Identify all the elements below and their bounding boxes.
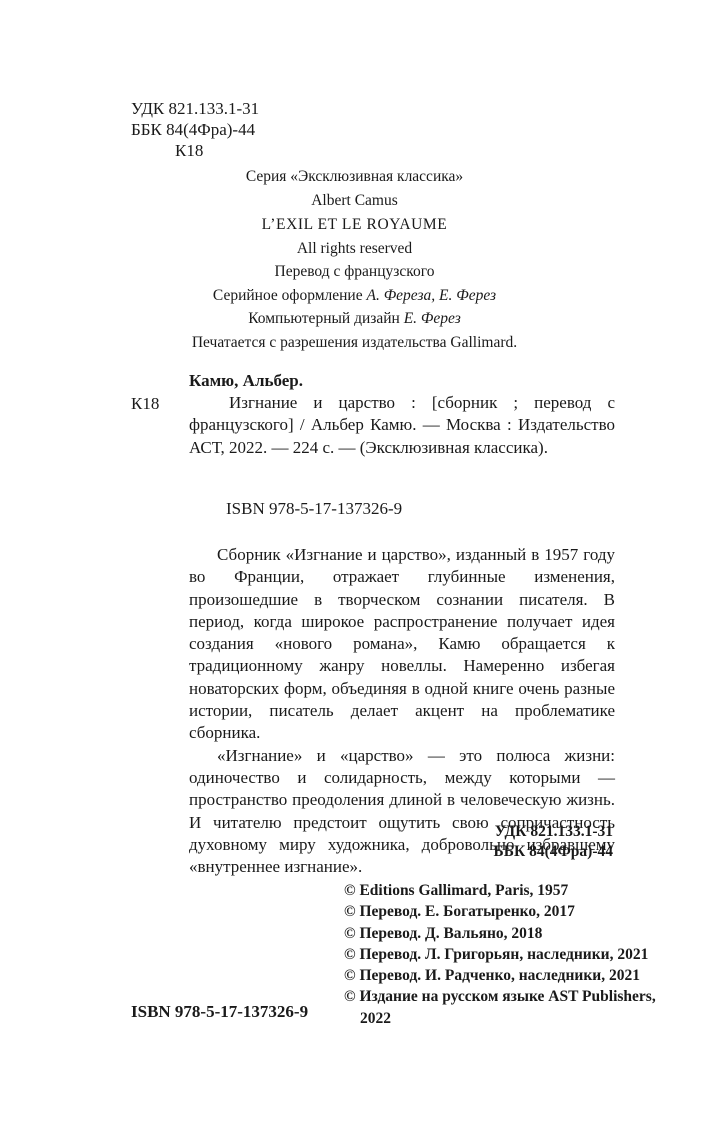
copyright-item: © Перевод. Д. Вальяно, 2018: [344, 923, 656, 944]
series-design-label: Серийное оформление: [213, 287, 367, 304]
copyright-item: © Перевод. И. Радченко, наследники, 2021: [344, 965, 656, 986]
copyright-item: © Перевод. Л. Григорьян, наследники, 202…: [344, 944, 656, 965]
copyright-item: © Перевод. Е. Богатыренко, 2017: [344, 901, 656, 922]
footer-isbn: ISBN 978-5-17-137326-9: [131, 1002, 308, 1022]
series-design-line: Серийное оформление А. Фереза, Е. Ферез: [0, 284, 709, 307]
computer-design-name: Е. Ферез: [404, 310, 461, 327]
bbk-code: ББК 84(4Фра)-44: [131, 120, 255, 140]
author-mark: К18: [175, 141, 203, 161]
author-heading: Камю, Альбер.: [189, 371, 303, 391]
copyright-list: © Editions Gallimard, Paris, 1957 © Пере…: [344, 880, 656, 1029]
computer-design-label: Компьютерный дизайн: [248, 310, 404, 327]
footer-udk: УДК 821.133.1-31: [495, 822, 613, 842]
copyright-item: 2022: [344, 1008, 656, 1029]
copyright-item: © Editions Gallimard, Paris, 1957: [344, 880, 656, 901]
rights-line: All rights reserved: [0, 237, 709, 260]
bib-mark: К18: [131, 394, 159, 414]
isbn-line: ISBN 978-5-17-137326-9: [226, 499, 402, 519]
permission-line: Печатается с разрешения издательства Gal…: [0, 331, 709, 354]
bib-description: Изгнание и царство : [сборник ; перевод …: [189, 392, 615, 459]
series-design-names: А. Фереза, Е. Ферез: [366, 287, 496, 304]
udk-code: УДК 821.133.1-31: [131, 99, 259, 119]
bib-description-text: Изгнание и царство : [сборник ; перевод …: [189, 392, 615, 459]
translation-line: Перевод с французского: [0, 260, 709, 283]
original-title: L’EXIL ET LE ROYAUME: [0, 213, 709, 236]
annotation-paragraph: Сборник «Изгнание и царство», изданный в…: [189, 544, 615, 745]
series-line: Серия «Эксклюзивная классика»: [0, 165, 709, 188]
footer-bbk: ББК 84(4Фра)-44: [493, 842, 613, 862]
original-author: Albert Camus: [0, 189, 709, 212]
computer-design-line: Компьютерный дизайн Е. Ферез: [0, 307, 709, 330]
copyright-item: © Издание на русском языке AST Publisher…: [344, 986, 656, 1007]
